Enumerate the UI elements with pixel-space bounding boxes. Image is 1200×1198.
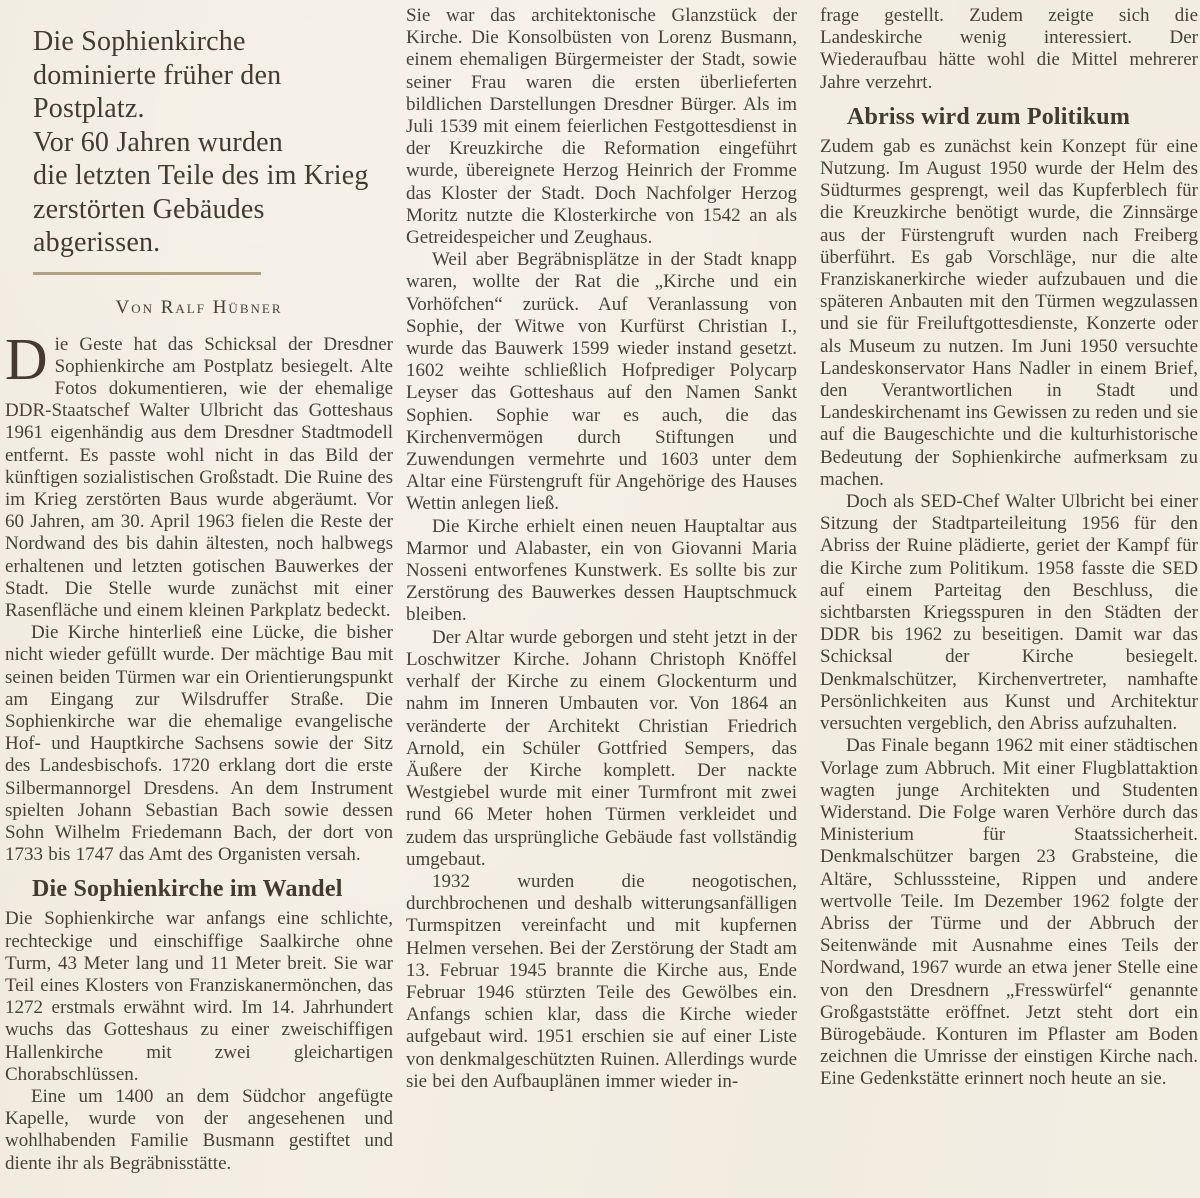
standfirst-line: zerstörten Gebäudes abgerissen. [33, 193, 393, 260]
standfirst-line: die letzten Teile des im Krieg [33, 159, 393, 193]
paragraph-text: ie Geste hat das Schicksal der Dresdner … [5, 334, 393, 621]
paragraph: Doch als SED-Chef Walter Ulbricht bei ei… [820, 491, 1198, 735]
paragraph: Die Kirche erhielt einen neuen Hauptalta… [406, 516, 797, 627]
standfirst-line: Vor 60 Jahren wurden [33, 126, 393, 160]
column-2: Sie war das architektonische Glanzstück … [406, 0, 797, 1198]
paragraph: Der Altar wurde geborgen und steht jetzt… [406, 627, 797, 871]
standfirst-line: Die Sophienkirche [33, 25, 393, 59]
paragraph: Zudem gab es zunächst kein Konzept für e… [820, 136, 1198, 491]
paragraph: 1932 wurden die neogotischen, durchbroch… [406, 871, 797, 1093]
section-heading: Abriss wird zum Politikum [820, 103, 1198, 131]
section-heading: Die Sophienkirche im Wandel [5, 875, 393, 903]
paragraph: Die Sophienkirche war anfangs eine schli… [5, 908, 393, 1086]
standfirst: Die Sophienkirche dominierte früher den … [33, 25, 393, 260]
standfirst-line: dominierte früher den Postplatz. [33, 59, 393, 126]
paragraph-lead: Die Geste hat das Schicksal der Dresdner… [5, 334, 393, 623]
paragraph: Eine um 1400 an dem Südchor angefügte Ka… [5, 1086, 393, 1175]
paragraph: Weil aber Begräbnisplätze in der Stadt k… [406, 249, 797, 515]
paragraph: frage gestellt. Zudem zeigte sich die La… [820, 0, 1198, 94]
column-3: frage gestellt. Zudem zeigte sich die La… [820, 0, 1198, 1198]
column-1: Die Sophienkirche dominierte früher den … [5, 0, 393, 1198]
byline: Von Ralf Hübner [5, 297, 393, 319]
newspaper-page: Die Sophienkirche dominierte früher den … [0, 0, 1200, 1198]
paragraph: Sie war das architektonische Glanzstück … [406, 0, 797, 249]
paragraph: Das Finale begann 1962 mit einer städtis… [820, 735, 1198, 1090]
divider-rule [33, 272, 261, 275]
paragraph: Die Kirche hinterließ eine Lücke, die bi… [5, 622, 393, 866]
drop-cap: D [5, 334, 55, 382]
